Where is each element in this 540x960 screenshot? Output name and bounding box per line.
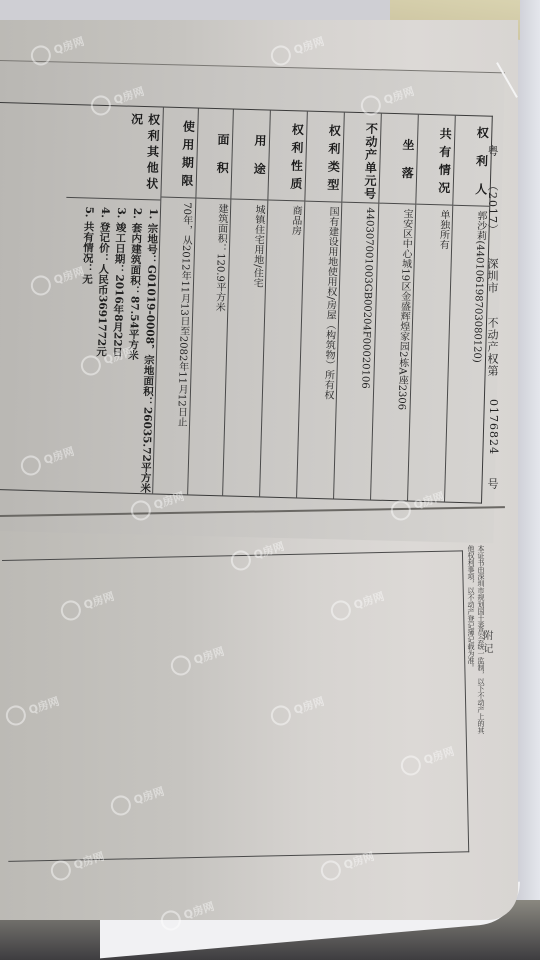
row-value: 单独所有 [415,205,452,250]
row-label: 用 途 [231,110,269,201]
annex-box [2,550,469,862]
row-label: 不动产单元号 [342,113,380,204]
row-value: 宝安区中心城19区金盛辉煌家园2栋A座2306 [374,204,416,411]
row-label: 权利性质 [268,111,306,202]
row-value: 商品房 [267,201,304,236]
other-rights-list: 1. 宗地号：G01019-0008，宗地面积：26035.72平方米 2. 套… [58,198,160,494]
row-value: 440307001003GB00204F00020106 [337,203,378,389]
row-value: 70年，从2012年11月13日至2082年11月12日止 [155,198,195,427]
row-label: 权利类型 [305,112,343,203]
row-value: 建筑面积：120.9平方米 [193,199,230,313]
row-label: 坐 落 [379,114,417,205]
row-value: 城镇住宅用地/住宅 [229,199,267,287]
row-label: 权 利 人 [453,116,491,207]
row-other-rights: 权利其他状况 1. 宗地号：G01019-0008，宗地面积：26035.72平… [58,105,163,493]
header-cert-number: 0176824 [484,399,500,455]
header-suffix: 号 [484,478,500,490]
row-value: 郭沙莉(440106198703080120) [449,206,489,363]
row-value: 国有建设用地使用权/房屋（构筑物）所有权 [300,202,341,400]
annex-text: 本证书由深圳市规划国土委员会统一监制，以下不动产上的其他权利事项，以不动产登记簿… [466,545,486,735]
other-rights-label: 权利其他状况 [66,105,163,201]
row-label: 面 积 [196,109,232,200]
row-label: 使用期限 [161,108,197,199]
row-label: 共有情况 [416,115,454,206]
rights-table: 权 利 人 郭沙莉(440106198703080120) 共有情况 单独所有 … [0,102,493,504]
